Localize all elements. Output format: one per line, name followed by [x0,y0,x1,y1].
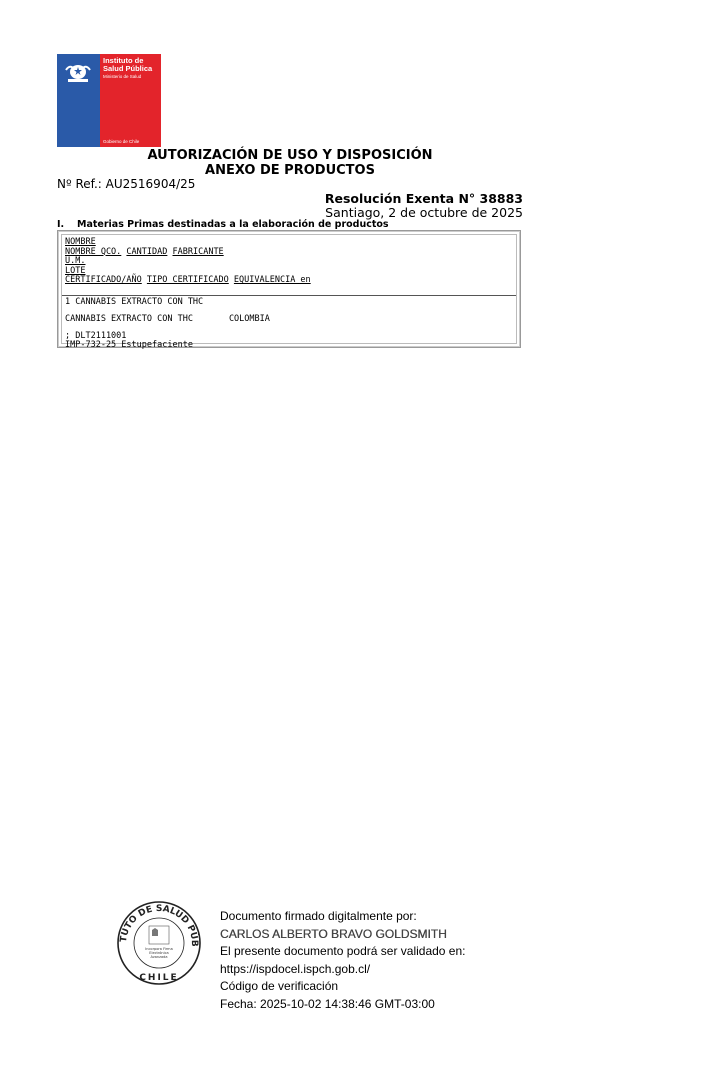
document-subtitle: ANEXO DE PRODUCTOS [0,163,580,178]
chile-crest-icon [63,60,93,84]
svg-text:Avanzada: Avanzada [151,955,168,959]
section-number: I. [57,219,77,230]
reference-number: Nº Ref.: AU2516904/25 [57,177,195,191]
document-date: Santiago, 2 de octubre de 2025 [325,205,523,220]
row-certificate: IMP-732-25 Estupefaciente [65,341,193,351]
table-header: NOMBRE NOMBRE QCO. CANTIDAD FABRICANTE U… [65,238,311,286]
logo-red-panel: Instituto de Salud Pública Ministerio de… [100,54,161,147]
row-manufacturer-country: COLOMBIA [229,315,270,325]
row-chemical-line: CANNABIS EXTRACTO CON THCCOLOMBIA [65,315,270,325]
products-table: NOMBRE NOMBRE QCO. CANTIDAD FABRICANTE U… [57,230,521,348]
row-product-name: 1 CANNABIS EXTRACTO CON THC [65,298,203,308]
logo-line2: Salud Pública [103,65,152,73]
section-heading: I.Materias Primas destinadas a la elabor… [57,219,389,230]
isp-logo: Instituto de Salud Pública Ministerio de… [57,54,161,147]
header-tipo-certificado: TIPO CERTIFICADO [147,275,229,285]
header-lote: LOTE [65,266,85,276]
header-certificado: CERTIFICADO/AÑO [65,275,142,285]
validation-label: El presente documento podrá ser validado… [220,943,466,961]
svg-text:CHILE: CHILE [139,973,178,983]
logo-blue-panel [57,54,100,147]
section-title: Materias Primas destinadas a la elaborac… [77,219,389,230]
row-chemical-name: CANNABIS EXTRACTO CON THC [65,314,193,324]
digital-signature-block: Documento firmado digitalmente por: CARL… [220,908,466,1013]
logo-government: Gobierno de Chile [103,139,139,144]
table-divider [62,295,516,296]
header-um: U.M. [65,256,85,266]
header-nombre: NOMBRE [65,237,96,247]
isp-seal-icon: INSTITUTO DE SALUD PÚBLICA CHILE Incorpo… [114,900,204,986]
header-equivalencia: EQUIVALENCIA en [234,275,311,285]
header-cantidad: CANTIDAD [126,247,167,257]
resolution-number: Resolución Exenta N° 38883 [325,191,523,206]
signature-label: Documento firmado digitalmente por: [220,908,466,926]
header-fabricante: FABRICANTE [173,247,224,257]
products-table-inner: NOMBRE NOMBRE QCO. CANTIDAD FABRICANTE U… [61,234,517,344]
signature-date: Fecha: 2025-10-02 14:38:46 GMT-03:00 [220,996,466,1014]
verification-code-label: Código de verificación [220,978,466,996]
header-nombre-qco: NOMBRE QCO. [65,247,121,257]
logo-ministry: Ministerio de Salud [103,74,141,79]
svg-text:INSTITUTO DE SALUD PÚBLICA: INSTITUTO DE SALUD PÚBLICA [114,900,201,947]
logo-institute-name: Instituto de Salud Pública [103,57,152,73]
validation-url[interactable]: https://ispdocel.ispch.gob.cl/ [220,961,466,979]
document-title: AUTORIZACIÓN DE USO Y DISPOSICIÓN [0,148,580,163]
signer-name: CARLOS ALBERTO BRAVO GOLDSMITH [220,926,466,944]
